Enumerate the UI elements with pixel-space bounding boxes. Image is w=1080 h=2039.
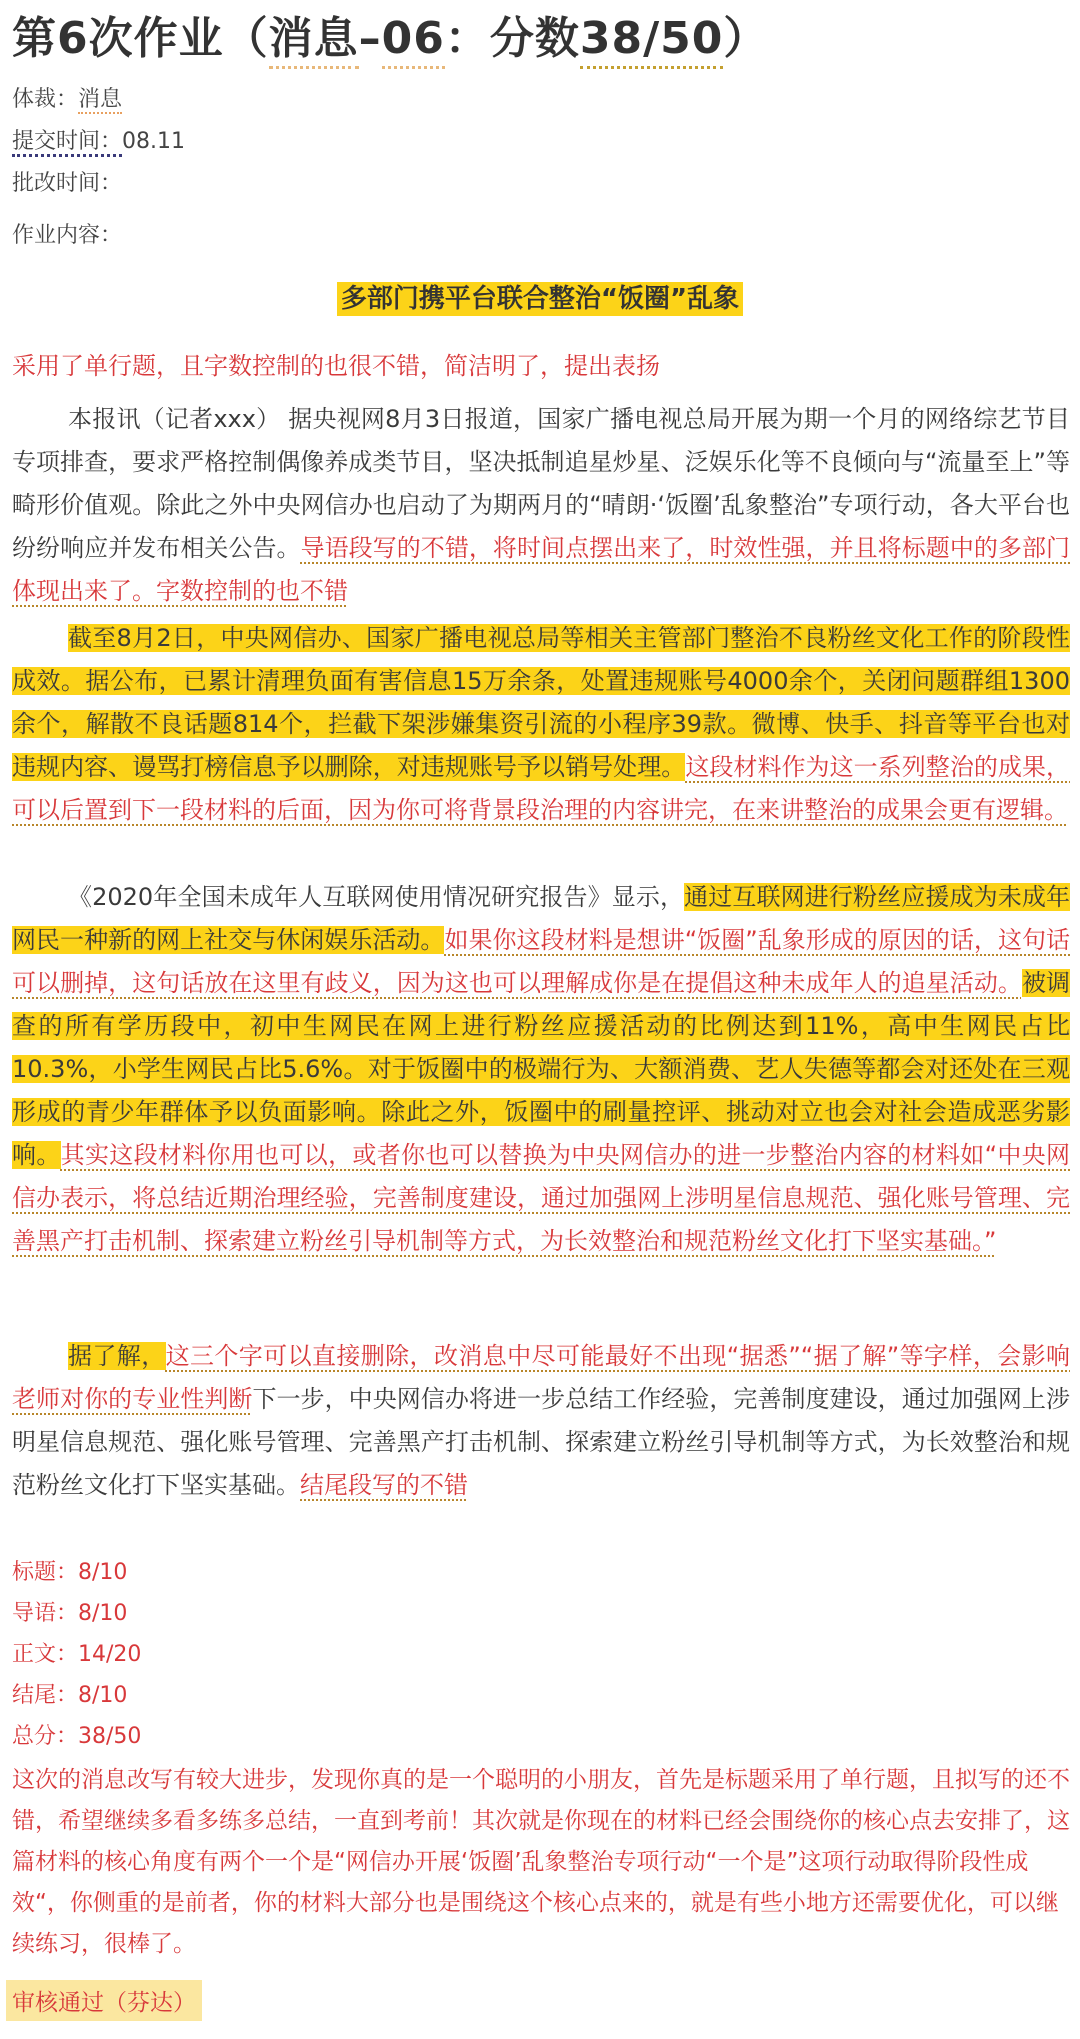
headline-text: 多部门携平台联合整治“饭圈”乱象 [337,282,743,316]
report-comment-2: 其实这段材料你用也可以，或者你也可以替换为中央网信办的进一步整治内容的材料如“中… [12,1141,1070,1255]
score-row-title: 标题：8/10 [12,1552,141,1593]
paragraph-results: 截至8月2日，中央网信办、国家广播电视总局等相关主管部门整治不良粉丝文化工作的阶… [12,617,1070,832]
content-label: 作业内容： [12,218,122,249]
ending-comment-2: 结尾段写的不错 [300,1471,468,1499]
title-mid: ：分数 [445,13,580,64]
score-value: 8/10 [78,1560,127,1585]
score-row-body: 正文：14/20 [12,1634,141,1675]
report-highlight-2: 被调查的所有学历段中，初中生网民在网上进行粉丝应援活动的比例达到11%，高中生网… [12,969,1070,1169]
review-time-label: 批改时间： [12,171,122,196]
score-list: 标题：8/10 导语：8/10 正文：14/20 结尾：8/10 总分：38/5… [12,1552,141,1757]
genre-value: 消息 [78,87,122,114]
paragraph-ending: 据了解，这三个字可以直接删除，改消息中尽可能最好不出现“据悉”“据了解”等字样，… [12,1335,1070,1507]
report-text: 《2020年全国未成年人互联网使用情况研究报告》显示， [68,883,684,911]
approval-badge: 审核通过（芬达） [6,1980,202,2021]
score-row-lead: 导语：8/10 [12,1593,141,1634]
title-dash: – [359,13,382,64]
headline-comment: 采用了单行题，且字数控制的也很不错，简洁明了，提出表扬 [12,345,1070,388]
paragraph-report: 《2020年全国未成年人互联网使用情况研究报告》显示，通过互联网进行粉丝应援成为… [12,876,1070,1263]
ending-highlight: 据了解， [68,1342,166,1370]
score-label: 导语： [12,1601,78,1626]
article-headline: 多部门携平台联合整治“饭圈”乱象 [0,278,1080,315]
title-number: 06 [382,13,445,69]
score-label: 结尾： [12,1683,78,1708]
submit-time-value: 08.11 [122,129,185,154]
score-row-total: 总分：38/50 [12,1716,141,1757]
title-suffix: ） [723,13,768,64]
teacher-summary: 这次的消息改写有较大进步，发现你真的是一个聪明的小朋友，首先是标题采用了单行题，… [12,1760,1072,1965]
score-label: 正文： [12,1642,78,1667]
submit-time-label: 提交时间： [12,129,122,157]
paragraph-lead: 本报讯（记者xxx） 据央视网8月3日报道，国家广播电视总局开展为期一个月的网络… [12,398,1070,613]
submit-time-row: 提交时间：08.11 [12,124,185,155]
score-label: 总分： [12,1724,78,1749]
score-value: 8/10 [78,1601,127,1626]
review-time-row: 批改时间： [12,166,122,197]
title-genre: 消息 [269,13,359,69]
title-score: 38/50 [580,13,724,69]
score-row-ending: 结尾：8/10 [12,1675,141,1716]
score-value: 8/10 [78,1683,127,1708]
genre-row: 体裁：消息 [12,82,122,113]
score-value: 14/20 [78,1642,141,1667]
score-value: 38/50 [78,1724,141,1749]
score-label: 标题： [12,1560,78,1585]
title-prefix: 第6次作业（ [12,13,269,64]
page-title: 第6次作业（消息–06：分数38/50） [12,2,768,66]
genre-label: 体裁： [12,87,78,112]
